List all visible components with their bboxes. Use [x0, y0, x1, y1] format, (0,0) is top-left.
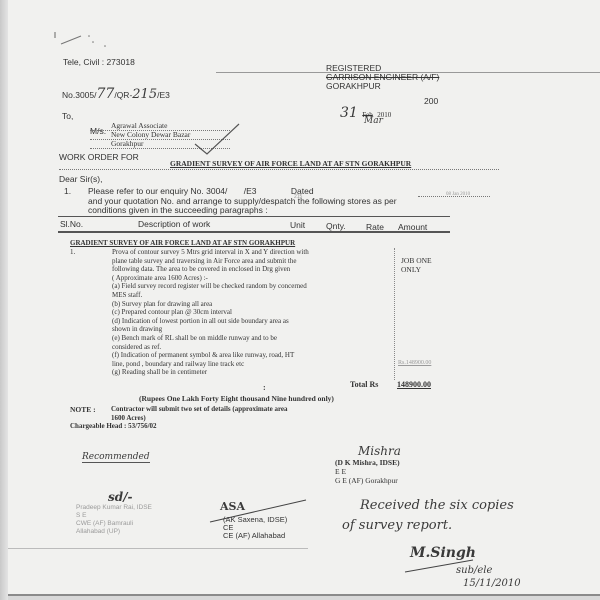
ref-mid: /QR- [114, 90, 132, 100]
section-title: GRADIENT SURVEY OF AIR FORCE LAND AT AF … [70, 239, 295, 247]
center-signatory-block: (AK Saxena, IDSE) CE CE (AF) Allahabad [223, 516, 287, 540]
year-prefix: 200 [424, 96, 438, 106]
desc-line: (c) Prepared contour plan @ 30cm interva… [112, 308, 309, 317]
para-line-3: conditions given in the succeeding parag… [88, 205, 268, 215]
ref-handwritten-2: 215 [132, 87, 157, 102]
item-number: 1. [70, 248, 75, 256]
dated-value: 08 Jan 2010 [446, 192, 470, 197]
receipt-designation: sub/ele [456, 565, 492, 576]
total-in-words: (Rupees One Lakh Forty Eight thousand Ni… [139, 394, 334, 403]
signatory-line: (D K Mishra, IDSE) [335, 458, 400, 467]
telephone-number: Tele, Civil : 273018 [63, 57, 135, 67]
col-header-qnty: Qnty. [326, 221, 346, 231]
date-day: 31 [340, 105, 358, 121]
unit-line: ONLY [401, 265, 432, 274]
desc-line: Prova of contour survey 5 Mtrs grid inte… [112, 248, 309, 257]
signatory-line: E E [335, 467, 400, 476]
item-amount: Rs.148900.00 [398, 360, 431, 366]
chargeable-head: Chargeable Head : 53/756/02 [70, 422, 157, 430]
signatory-line: S E [76, 512, 152, 520]
colon-mark: : [263, 383, 266, 392]
addressee-line: New Colony Dewar Bazar [111, 130, 190, 139]
salutation: Dear Sir(s), [59, 174, 102, 184]
desc-line: following data. The area to be covered i… [112, 265, 309, 274]
right-signatory-block: (D K Mishra, IDSE) E E G E (AF) Gorakhpu… [335, 458, 400, 485]
desc-line: (d) Indication of lowest portion in all … [112, 317, 309, 326]
right-signature: Mishra [358, 444, 401, 458]
tick-mark-icon [193, 122, 243, 158]
page-edge-shadow [0, 0, 8, 600]
receipt-line-1: Received the six copies [360, 498, 514, 513]
desc-line: plane table survey and traversing in Air… [112, 257, 309, 266]
col-header-slno: Sl.No. [60, 219, 83, 229]
work-order-title: GRADIENT SURVEY OF AIR FORCE LAND AT AF … [170, 159, 411, 168]
ms-label: M/s. [90, 126, 106, 136]
enquiry-suffix: /E3 [244, 186, 257, 196]
total-value: 148900.00 [397, 380, 431, 389]
para-line-1: Please refer to our enquiry No. 3004/ /E… [88, 186, 314, 196]
work-order-label: WORK ORDER FOR [59, 152, 139, 162]
note-label: NOTE : [70, 405, 96, 414]
desc-line: considered as ref. [112, 343, 309, 352]
desc-line: (g) Reading shall be in centimeter [112, 368, 309, 377]
desc-line: MES staff. [112, 291, 309, 300]
desc-line: (a) Field survey record register will be… [112, 282, 309, 291]
col-header-unit: Unit [290, 220, 305, 230]
signatory-line: Pradeep Kumar Rai, IDSE [76, 504, 152, 512]
desc-line: ( Approximate area 1600 Acres) :- [112, 274, 309, 283]
office-city: GORAKHPUR [326, 81, 381, 91]
ref-handwritten-1: 77 [97, 86, 115, 102]
column-divider [394, 248, 395, 380]
addressee-line: Gorakhpur [111, 139, 190, 148]
desc-line: (e) Bench mark of RL shall be on middle … [112, 334, 309, 343]
enquiry-text: Please refer to our enquiry No. 3004/ [88, 186, 227, 196]
desc-line: line, pond , boundary and railway line t… [112, 360, 309, 369]
ref-prefix: No.3005/ [62, 90, 97, 100]
reference-number: No.3005/77/QR-215/E3 [62, 86, 170, 102]
unit-value: JOB ONE ONLY [401, 256, 432, 274]
table-header-rule [58, 231, 450, 233]
note-line: 1600 Acres) [111, 414, 288, 423]
para-number: 1. [64, 186, 71, 196]
signatory-line: Allahabad (UP) [76, 528, 152, 536]
recommended-handwritten: Recommended [82, 452, 150, 463]
faint-rule [8, 548, 308, 549]
note-line: Contractor will submit two set of detail… [111, 405, 288, 414]
receipt-date: 15/11/2010 [463, 578, 521, 589]
work-order-dotted-line [59, 169, 499, 170]
left-signatory-block: Pradeep Kumar Rai, IDSE S E CWE (AF) Bam… [76, 504, 152, 536]
total-label: Total Rs [350, 380, 378, 389]
addressee-block: Agrawal Associate New Colony Dewar Bazar… [111, 121, 190, 148]
scribble-mark-icon [53, 30, 113, 50]
work-order-document: Tele, Civil : 273018 No.3005/77/QR-215/E… [8, 0, 600, 596]
desc-line: (b) Survey plan for drawing all area [112, 300, 309, 309]
signatory-line: CE (AF) Allahabad [223, 532, 287, 540]
table-top-rule [58, 216, 450, 217]
desc-line: shown in drawing [112, 325, 309, 334]
unit-line: JOB ONE [401, 256, 432, 265]
date-hand-month: Mar [364, 116, 383, 126]
addressee-line: Agrawal Associate [111, 121, 190, 130]
to-label: To, [62, 111, 73, 121]
receipt-line-2: of survey report. [342, 518, 452, 533]
desc-line: (f) Indication of permanent symbol & are… [112, 351, 309, 360]
item-description: Prova of contour survey 5 Mtrs grid inte… [112, 248, 309, 377]
left-initials: sd/- [108, 490, 133, 504]
signatory-line: CWE (AF) Bamrauli [76, 520, 152, 528]
ref-suffix: /E3 [157, 90, 170, 100]
signatory-line: G E (AF) Gorakhpur [335, 476, 400, 485]
note-text: Contractor will submit two set of detail… [111, 405, 288, 422]
col-header-description: Description of work [138, 219, 210, 229]
